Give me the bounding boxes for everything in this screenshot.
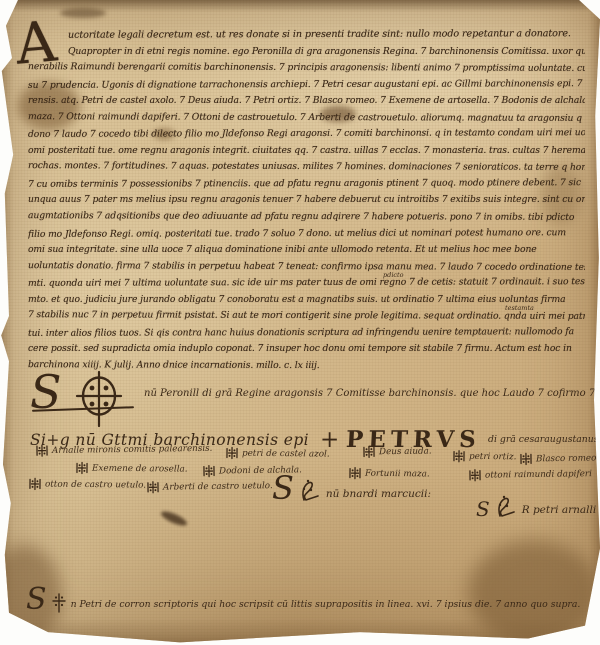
charter-line: rensis. atq. Petri de castel axolo. 7 De… bbox=[28, 93, 585, 110]
signum-cross-icon bbox=[51, 593, 67, 613]
witness-name: Arberti de castro uetulo. bbox=[163, 481, 273, 493]
witness-name: Exemene de arosella. bbox=[92, 463, 188, 474]
ink-smudge bbox=[60, 8, 106, 18]
scribe-subscription: S n Petri de corron scriptoris qui hoc s… bbox=[26, 586, 580, 613]
signum-cross-icon bbox=[146, 481, 160, 494]
charter-line: uoluntatis donatio. firma 7 stabilis in … bbox=[28, 258, 585, 276]
interlinear-insertion: pdicto bbox=[383, 271, 404, 279]
notary-knot-flourish-icon bbox=[494, 492, 518, 518]
witness-name: Blasco romeo. bbox=[536, 453, 599, 464]
witness-name: ottoni raimundi dapiferi bbox=[485, 469, 592, 480]
scribe-text: n Petri de corron scriptoris qui hoc scr… bbox=[71, 599, 581, 613]
charter-line: filio mo Jldefonso Regi. omiq. posterita… bbox=[28, 225, 585, 243]
petronilla-signum-wheel-icon bbox=[74, 370, 124, 428]
petrus-title: di grā cesaraugustanus eps. bbox=[488, 434, 600, 445]
interlinear-insertion: testamta bbox=[505, 304, 534, 312]
charter-line: augmtationibs 7 adqsitionibs que deo adi… bbox=[28, 208, 585, 226]
charter-line: cere possit. sed supradicta omia induplo… bbox=[28, 341, 585, 358]
witness-signature: Arberti de castro uetulo. bbox=[146, 479, 273, 494]
charter-line: unqua auus 7 pater ms melius ipsu regnu … bbox=[28, 192, 585, 209]
queen-signum-row: S nū Peronill di grā Regine aragonsis 7 … bbox=[30, 372, 590, 428]
queen-signum-text: nū Peronill di grā Regine aragonsis 7 Co… bbox=[144, 388, 600, 399]
notary-signature: S nū bnardi marcucii: bbox=[272, 474, 431, 502]
signum-cross-icon bbox=[75, 461, 89, 474]
prelate-signature-row: Si+g nū Gttmi barchinonensis epi + PETRV… bbox=[30, 426, 592, 453]
cross-icon: + bbox=[320, 430, 339, 450]
witness-name: otton de castro uetulo. bbox=[45, 479, 146, 490]
signum-cross-icon bbox=[468, 469, 482, 482]
witness-signature: ottoni raimundi dapiferi bbox=[468, 467, 592, 482]
charter-line: su 7 prudencia. Ugonis di dignatione tar… bbox=[28, 76, 585, 94]
notary-signature: S R petri arnalli bbox=[476, 492, 596, 518]
charter-line: mti. quonda uiri mei 7 ultima uoluntate … bbox=[28, 274, 585, 292]
ink-smudge bbox=[159, 509, 188, 529]
parchment-sheet: A uctoritate legali decretum est. ut res… bbox=[0, 0, 600, 645]
charter-line: omi sua integritate. sine ulla uoce 7 al… bbox=[28, 242, 585, 259]
charter-line: nerabilis Raimundi berengarii comitis ba… bbox=[28, 59, 585, 77]
charter-line: 7 cu omibs terminis 7 possessionibs 7 pt… bbox=[28, 175, 585, 193]
notary-signum-s: S bbox=[272, 474, 294, 502]
signum-cross-icon bbox=[28, 477, 42, 490]
charter-line: rochas. montes. 7 fortitudines. 7 aquas.… bbox=[28, 159, 585, 177]
charter-body-text: uctoritate legali decretum est. ut res d… bbox=[28, 27, 585, 374]
charter-line: dono 7 laudo 7 cocedo tibi dilecto filio… bbox=[28, 125, 585, 143]
charter-line: Quapropter in di etni regis nomine. ego … bbox=[28, 44, 585, 61]
petrus-signature: PETRVS bbox=[346, 426, 482, 453]
scribe-signum-s: S bbox=[26, 586, 47, 613]
charter-line: uctoritate legali decretum est. ut res d… bbox=[28, 26, 585, 44]
charter-line: mto. et quo. judiciu jure jurando obliga… bbox=[28, 292, 585, 309]
signum-cross-icon bbox=[519, 452, 533, 465]
charter-line: omi posteritati tue. ome regnu aragonis … bbox=[28, 143, 585, 160]
witness-signature: otton de castro uetulo. bbox=[28, 477, 146, 491]
bishop-barcelona-signature: Si+g nū Gttmi barchinonensis epi bbox=[30, 431, 309, 449]
queen-signum-s: S bbox=[30, 370, 62, 414]
signum-cross-icon bbox=[202, 465, 216, 478]
notary-name: R petri arnalli bbox=[522, 504, 597, 518]
manuscript-photo: A uctoritate legali decretum est. ut res… bbox=[0, 0, 600, 645]
witness-signature: Blasco romeo. bbox=[519, 451, 599, 465]
charter-line: 7 stabilis nuc 7 in perpetuu firmit psis… bbox=[28, 307, 585, 325]
witness-signature: Exemene de arosella. bbox=[75, 461, 188, 475]
notary-knot-flourish-icon bbox=[298, 476, 322, 502]
charter-line: tui. inter alios filios tuos. Si qis con… bbox=[28, 324, 585, 342]
notary-signum-s: S bbox=[476, 500, 490, 518]
notary-name: nū bnardi marcucii: bbox=[326, 488, 431, 502]
